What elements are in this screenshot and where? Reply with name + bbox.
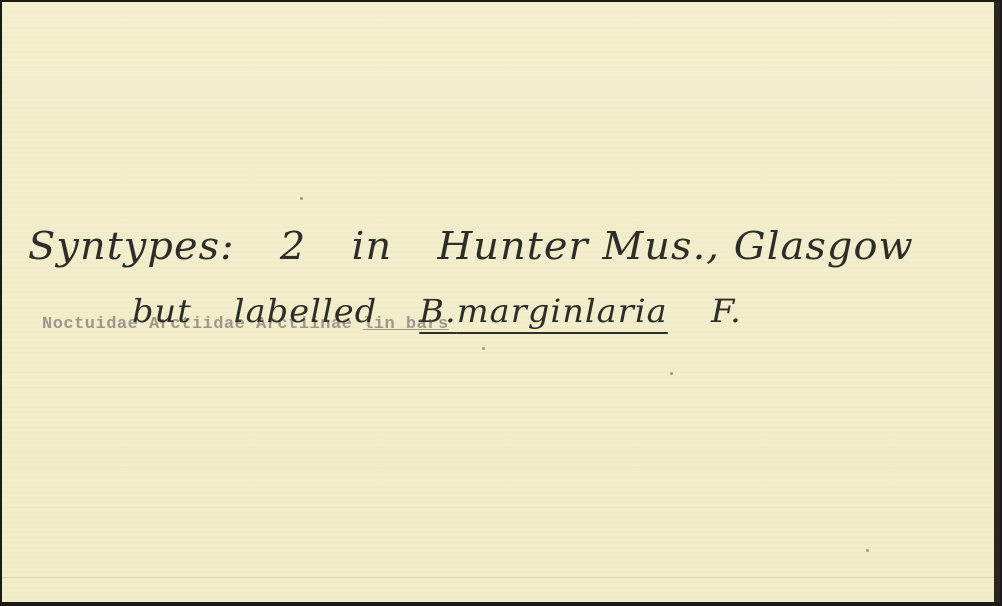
museum-location: Hunter Mus., Glasgow	[437, 224, 913, 268]
word-labelled: labelled	[234, 292, 377, 330]
speck	[670, 372, 673, 375]
species-name: marginlaria	[457, 292, 668, 330]
speck	[482, 347, 485, 350]
speck	[866, 549, 869, 552]
preposition: in	[352, 224, 393, 268]
word-but: but	[132, 292, 192, 330]
speck	[300, 197, 303, 200]
card-fold-line	[2, 577, 994, 578]
syntypes-label: Syntypes:	[28, 224, 235, 268]
handwritten-line-2: butlabelledB.marginlaria F.	[132, 292, 742, 330]
handwritten-line-1: Syntypes: 2 in Hunter Mus., Glasgow	[28, 224, 945, 268]
syntype-count: 2	[280, 224, 306, 268]
index-card: Noctuidae Arctiidae Arctiinae lin bars S…	[2, 2, 1000, 602]
genus-abbrev: B.	[419, 292, 456, 330]
author-abbrev: F.	[711, 292, 742, 330]
